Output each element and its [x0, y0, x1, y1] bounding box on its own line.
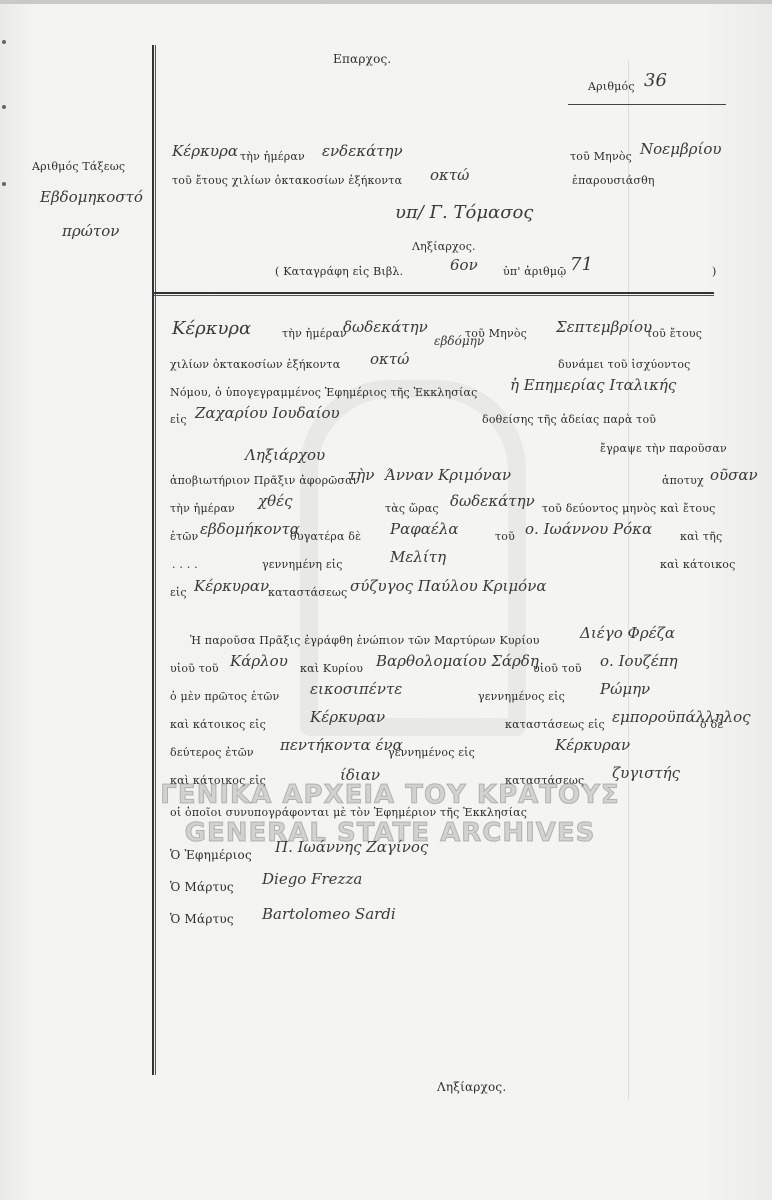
act-place: Κέρκυρα	[172, 318, 251, 339]
registration-month-value: Νοεμβρίου	[640, 140, 721, 158]
son-of-label: υἱοῦ τοῦ	[170, 662, 219, 675]
first-age-label: ὁ μὲν πρῶτος ἐτῶν	[170, 690, 279, 703]
deceased-label-value: οῦσαν	[710, 466, 758, 484]
page-top-edge	[0, 0, 772, 4]
first-age-value: εικοσιπέντε	[310, 680, 402, 698]
and-mr-label: καὶ Κυρίου	[300, 662, 363, 675]
act-month-label: τοῦ Μηνὸς	[465, 327, 527, 340]
second-intro: ὁ δὲ	[700, 718, 723, 731]
act-article: τὴν	[348, 466, 374, 484]
second-born-label: γεννημένος εἰς	[388, 746, 475, 759]
record-number-value: 71	[570, 254, 593, 275]
act-registrar-value: Ληξιάρχου	[245, 446, 325, 464]
witness2-signature: Bartolomeo Sardi	[262, 905, 396, 923]
witness2-father: ο. Ιουζέπη	[600, 652, 678, 670]
second-age-label: δεύτερος ἐτῶν	[170, 746, 254, 759]
status-label: καταστάσεως	[268, 586, 347, 599]
act-permission-text: δοθείσης τῆς ἀδείας παρὰ τοῦ	[482, 413, 656, 426]
witness2-signature-label: Ὁ Μάρτυς	[170, 912, 234, 926]
act-death-record-text: ἀποβιωτήριον Πρᾶξιν ἀφορῶσαν	[170, 474, 360, 487]
act-in-value: Ζαχαρίου Ιουδαίου	[195, 404, 340, 422]
son-of-label-2: υἱοῦ τοῦ	[533, 662, 582, 675]
act-year-text: χιλίων ὀκτακοσίων ἑξήκοντα	[170, 358, 340, 371]
born-label: γεννημένη εἰς	[262, 558, 343, 571]
bleed-through-line	[628, 60, 629, 1100]
first-residence-label: καὶ κάτοικος εἰς	[170, 718, 266, 731]
resident-label: καὶ κάτοικος	[660, 558, 736, 571]
number-underline	[568, 104, 726, 105]
death-day-value: χθές	[258, 492, 293, 510]
witness1-name: Διέγο Φρέζα	[580, 624, 675, 642]
death-month-text: τοῦ δεύοντος μηνὸς καὶ ἔτους	[542, 502, 715, 515]
binding-mark	[2, 182, 6, 186]
status-value: σύζυγος Παύλου Κριμόνα	[350, 577, 546, 595]
district-label: Επαρχος.	[333, 52, 391, 66]
order-number-value-2: πρώτον	[62, 222, 119, 240]
born-value: Μελίτη	[390, 548, 446, 566]
death-hour-label: τὰς ὥρας	[385, 502, 439, 515]
registration-year-value: οκτώ	[430, 166, 469, 184]
act-day-label: τὴν ἡμέραν	[282, 327, 347, 340]
witness-intro: Ἡ παροῦσα Πρᾶξις ἐγράφθη ἐνώπιον τῶν Μαρ…	[190, 634, 540, 647]
record-number-label: ὑπ' ἀριθμῷ	[503, 265, 566, 278]
order-number-value: Εβδομηκοστό	[40, 188, 143, 206]
first-born-label: γεννημένος εἰς	[478, 690, 565, 703]
binding-mark	[2, 105, 6, 109]
order-number-label: Αριθμός Τάξεως	[32, 160, 125, 173]
deceased-label: ἀποτυχ	[662, 474, 704, 487]
act-month-value: Σεπτεμβρίου	[556, 318, 652, 336]
first-residence-value: Κέρκυραν	[310, 708, 385, 726]
second-born-value: Κέρκυραν	[555, 736, 630, 754]
act-day-value: δωδεκάτην	[343, 318, 428, 336]
footer-registrar-label: Ληξίαρχος.	[437, 1080, 506, 1094]
document-page: Επαρχος. Αριθμός 36 Αριθμός Τάξεως Εβδομ…	[0, 0, 772, 1200]
deceased-name: Άνναν Κριμόναν	[385, 466, 511, 484]
registration-day-label: τὴν ἡμέραν	[240, 150, 305, 163]
act-year-label: τοῦ ἔτους	[646, 327, 702, 340]
section-divider	[154, 292, 714, 296]
father-value: ο. Ιωάννου Ρόκα	[525, 520, 652, 538]
residence-label: εἰς	[170, 586, 187, 599]
number-label: Αριθμός	[588, 80, 635, 93]
witness1-signature-label: Ὁ Μάρτυς	[170, 880, 234, 894]
registrar-label: Ληξίαρχος.	[412, 240, 476, 253]
record-close: )	[712, 265, 717, 278]
registration-day-value: ενδεκάτην	[322, 142, 403, 160]
archive-watermark-greek: ΓΕΝΙΚΑ ΑΡΧΕΙΑ ΤΟΥ ΚΡΑΤΟΥΣ	[130, 780, 650, 810]
father-label: τοῦ	[495, 530, 515, 543]
priest-signature: Π. Ιωάννης Ζαγίνος	[275, 838, 428, 856]
residence-value: Κέρκυραν	[194, 577, 269, 595]
second-age-value: πεντήκοντα ένα	[280, 736, 403, 754]
witness1-father: Κάρλου	[230, 652, 288, 670]
binding-mark	[2, 40, 6, 44]
act-in-label: εἰς	[170, 413, 187, 426]
book-value: 6ον	[450, 256, 478, 274]
witness2-name: Βαρθολομαίου Σάρδη	[376, 652, 539, 670]
age-value: εβδομήκοντα	[200, 520, 300, 538]
and-of-label: καὶ τῆς	[680, 530, 722, 543]
death-day-label: τὴν ἡμέραν	[170, 502, 235, 515]
priest-signature-label: Ὁ Ἐφημέριος	[170, 848, 252, 862]
witness1-signature: Diego Frezza	[262, 870, 362, 888]
age-label: ἐτῶν	[170, 530, 198, 543]
number-value: 36	[644, 70, 667, 91]
act-wrote-text: ἔγραψε τὴν παροῦσαν	[600, 442, 727, 455]
death-hour-value: δωδεκάτην	[450, 492, 535, 510]
daughter-label: θυγατέρα δὲ	[290, 530, 361, 543]
first-status-label: καταστάσεως εἰς	[505, 718, 605, 731]
registration-presented-label: ἐπαρουσιάσθη	[572, 174, 655, 187]
first-status-value: εμποροϋπάλληλος	[612, 708, 751, 726]
act-priest-text: Νόμου, ὁ ὑπογεγραμμένος Ἐφημέριος τῆς Ἐκ…	[170, 386, 478, 399]
act-church-value: ἡ Επημερίας Ιταλικής	[510, 376, 676, 394]
mother-dots: . . . .	[172, 558, 198, 571]
registrar-signature: υπ/ Γ. Τόμασος	[395, 202, 533, 223]
act-year-value: οκτώ	[370, 350, 409, 368]
daughter-value: Ραφαέλα	[390, 520, 459, 538]
registration-year-label: τοῦ ἔτους χιλίων ὀκτακοσίων ἑξήκοντα	[172, 174, 402, 187]
registration-month-label: τοῦ Μηνὸς	[570, 150, 632, 163]
record-open: ( Καταγράφη εἰς Βιβλ.	[275, 265, 403, 278]
act-law-text: δυνάμει τοῦ ἰσχύοντος	[558, 358, 691, 371]
first-born-value: Ρώμην	[600, 680, 650, 698]
registration-place: Κέρκυρα	[172, 142, 238, 160]
margin-rule	[152, 45, 156, 1075]
